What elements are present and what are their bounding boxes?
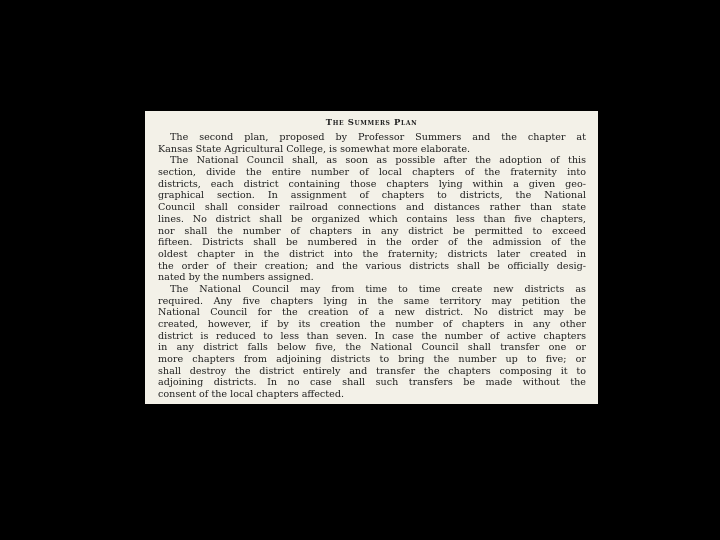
text-line: shall destroy the district entirely and … [158,366,586,378]
text-line: graphical section. In assignment of chap… [158,190,586,202]
text-line: created, however, if by its creation the… [158,319,586,331]
document-body: The second plan, proposed by Professor S… [158,132,586,401]
text-line: district is reduced to less than seven. … [158,331,586,343]
text-line: nor shall the number of chapters in any … [158,226,586,238]
text-line: more chapters from adjoining districts t… [158,354,586,366]
text-line: section, divide the entire number of loc… [158,167,586,179]
text-line: adjoining districts. In no case shall su… [158,377,586,389]
text-line: oldest chapter in the district into the … [158,249,586,261]
paragraph-intro: The second plan, proposed by Professor S… [158,132,586,155]
paragraph-new-districts: The National Council may from time to ti… [158,284,586,401]
text-line: The National Council may from time to ti… [158,284,586,296]
text-line: fifteen. Districts shall be numbered in … [158,237,586,249]
text-line: Council shall consider railroad connecti… [158,202,586,214]
text-line: The National Council shall, as soon as p… [158,155,586,167]
text-line: The second plan, proposed by Professor S… [158,132,586,144]
text-line: consent of the local chapters affected. [158,389,586,401]
text-line: Kansas State Agricultural College, is so… [158,144,586,156]
text-line: in any district falls below five, the Na… [158,342,586,354]
paragraph-districts: The National Council shall, as soon as p… [158,155,586,284]
section-title: The Summers Plan [145,118,598,128]
text-line: lines. No district shall be organized wh… [158,214,586,226]
document-page: The Summers Plan The second plan, propos… [145,111,598,404]
text-line: nated by the numbers assigned. [158,272,586,284]
text-line: National Council for the creation of a n… [158,307,586,319]
text-line: districts, each district containing thos… [158,179,586,191]
text-line: required. Any five chapters lying in the… [158,296,586,308]
text-line: the order of their creation; and the var… [158,261,586,273]
